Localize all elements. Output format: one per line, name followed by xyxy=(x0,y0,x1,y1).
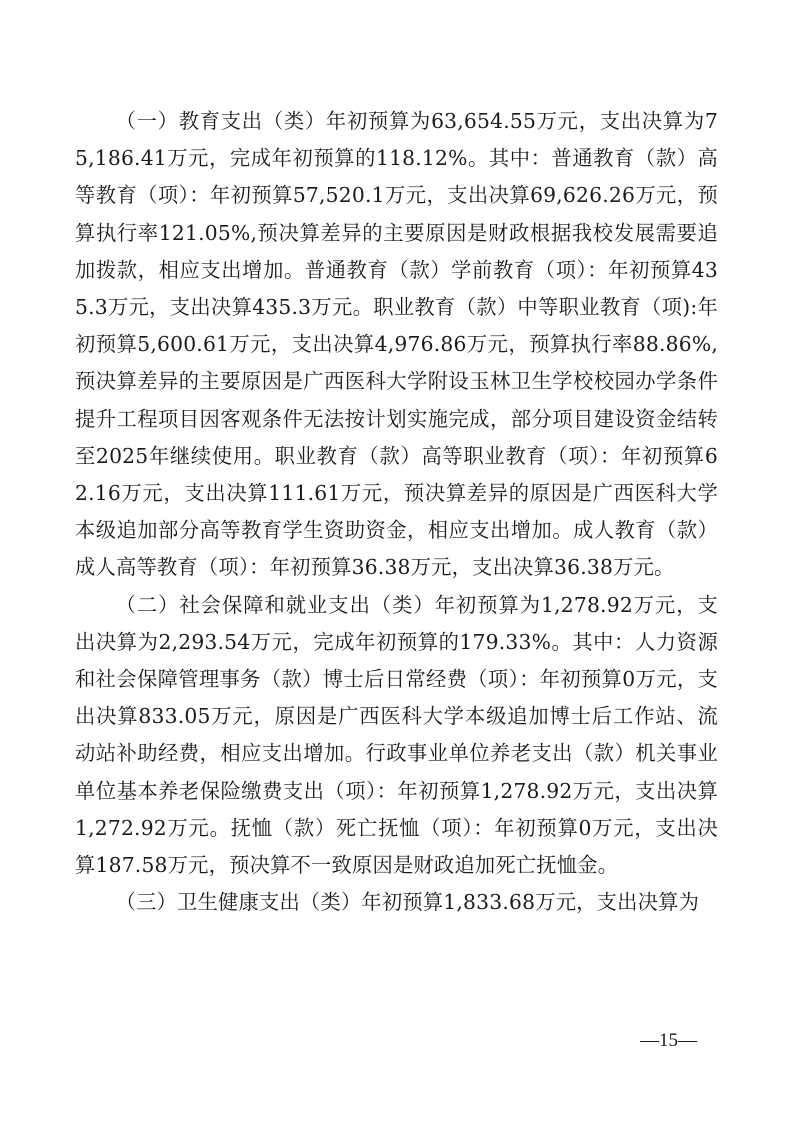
paragraph-education-expenditure: （一）教育支出（类）年初预算为63,654.55万元，支出决算为75,186.4… xyxy=(75,103,718,587)
paragraph-health-expenditure: （三）卫生健康支出（类）年初预算1,833.68万元，支出决算为 xyxy=(75,884,718,921)
document-body: （一）教育支出（类）年初预算为63,654.55万元，支出决算为75,186.4… xyxy=(75,103,718,921)
page-number: —15— xyxy=(640,1030,697,1052)
paragraph-social-security-expenditure: （二）社会保障和就业支出（类）年初预算为1,278.92万元，支出决算为2,29… xyxy=(75,587,718,885)
